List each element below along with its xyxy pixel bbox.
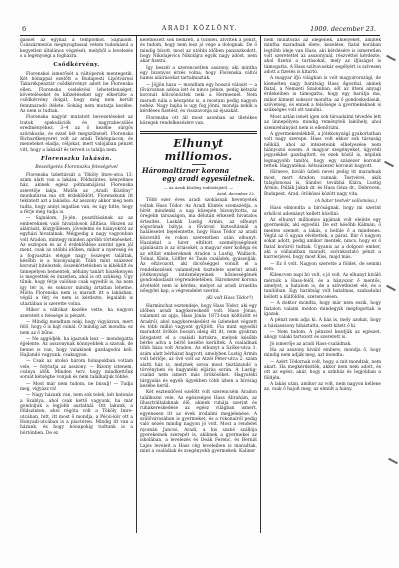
paragraph: nem mulatozás az idegenek, amelyeket, am… [264, 38, 381, 75]
paragraph: Florenska üzlettársát a Tököly Imre-utca… [20, 173, 133, 216]
paragraph: gálsiét az egyház a templomot. Sajnálom.… [20, 38, 133, 59]
paragraph: Most aztán ismét igen sok társadalmi tév… [264, 115, 381, 131]
column-1: gálsiét az egyház a templomot. Sajnálom.… [20, 38, 133, 533]
column-divider [260, 36, 261, 533]
margin-mark [388, 458, 398, 464]
paragraph: keletkezett sok nemzeti, a tőzsdei, átvi… [140, 38, 257, 65]
margin-mark [386, 285, 396, 291]
headline-rule [192, 164, 206, 165]
paragraph: Florenskoi ismerősét a váltóperek menteg… [20, 72, 133, 115]
issue-date: 1909. december 23. [310, 25, 376, 33]
column-3: nem mulatozás az idegenek, amelyeket, am… [264, 38, 381, 533]
paragraph: — Nagy házunk van, nem sok telek, két ka… [20, 393, 133, 436]
paragraph: Harminchat esztendeje, hogy Hass Tódor, … [140, 304, 257, 390]
subsection-title: (A bátor testvér vallomása.) [264, 199, 377, 204]
paragraph: Két esztendővel ezelőtt volt szerencsém … [140, 390, 257, 454]
paragraph: Florenska ott áll most azonban az illeté… [140, 116, 257, 127]
paragraph: — Azért Tódornak volt, hogy, a mit mondt… [264, 360, 381, 381]
section-subheading: Beszélgetés Florenszku feleségével [20, 165, 133, 170]
paragraph: A lakás után, amikor az volt, nem nagyon… [264, 382, 381, 393]
paragraph: — Nem tudom. A pénzzel kezdjük az egésze… [264, 330, 381, 341]
section-heading: Florenszku lakásán. [20, 157, 133, 162]
paragraph: Kilencven napi hó volt, s jó volt. Az el… [264, 273, 381, 300]
paragraph: Jó ismerője az aradi Hass-családnak. [264, 342, 381, 347]
paragraph: — Mindig mondtam neki, hogy vigyázzon, m… [20, 320, 133, 336]
paragraph: Mikor a váltókat kezébe vette, ha nagyon… [20, 308, 133, 319]
paragraph: Hass elmondta a bíróságnak, hogy mi szer… [264, 206, 381, 217]
paragraph: — Jöjjön haza — mondtam egy hosszú válas… [140, 83, 257, 115]
paragraph: Az elhunyt milliomos apjának volt eleint… [264, 218, 381, 261]
subsection-title: (Ki volt Hass Tódor?) [140, 296, 253, 301]
article-headline: Elhunyt milliomos. [140, 137, 257, 163]
paragraph: — Most már nem tudom, ne búsulj! — Tudja… [20, 382, 133, 393]
paragraph: Így beszél a szerencsétlen asszony, aki … [140, 66, 257, 82]
paragraph: Florenska nagyúr mutatott bevezetéseket … [20, 115, 133, 152]
paragraph: — Csak az utolsó három hónapokban voltam… [20, 359, 133, 380]
margin-mark [386, 55, 396, 61]
paragraph: Ha az asszony kiváló embere, mondja ő, h… [264, 348, 381, 359]
margin-mark [384, 161, 394, 167]
paragraph: — Sajnálom, Jó-jén, pusztításának az az … [20, 216, 133, 307]
paragraph: A gyermekemlékből, a jótékonysági gyakor… [264, 132, 381, 169]
paragraph: — A doktor mondta, hogy már nem eszik, h… [264, 301, 381, 317]
article-byline: — Az Aradi Közlöny tudósítójától. — [140, 185, 257, 190]
paragraph: A pénzt nem adja ki. A ház is, mely azok… [264, 318, 381, 329]
article-dateline: Arad, december 22. [140, 191, 255, 196]
article-separator [140, 131, 257, 134]
paragraph: A magyar ifjú világban is volt magyarors… [264, 76, 381, 113]
paragraph: — Ne aggódjék, ha igazunk lesz — mondoga… [20, 337, 133, 358]
article-deck-line-2: egy aradi egyesületnek. [140, 175, 257, 183]
paragraph: Több ezer éves aradi szokásnak hevenyete… [140, 198, 257, 294]
paragraph: Hírneve, kiváló üzleti nevei pedig itt m… [264, 170, 381, 197]
column-2: keletkezett sok nemzeti, a tőzsdei, átvi… [140, 38, 257, 533]
page-header: 6 ARADI KÖZLÖNY. 1909. december 23. [20, 23, 380, 36]
section-heading: Csődkérvény. [20, 63, 133, 68]
column-divider [136, 36, 137, 533]
paragraph: — Ez ő volt. Nagyon szerette a földet, d… [264, 262, 381, 273]
newspaper-page: 6 ARADI KÖZLÖNY. 1909. december 23. gáls… [0, 0, 399, 568]
